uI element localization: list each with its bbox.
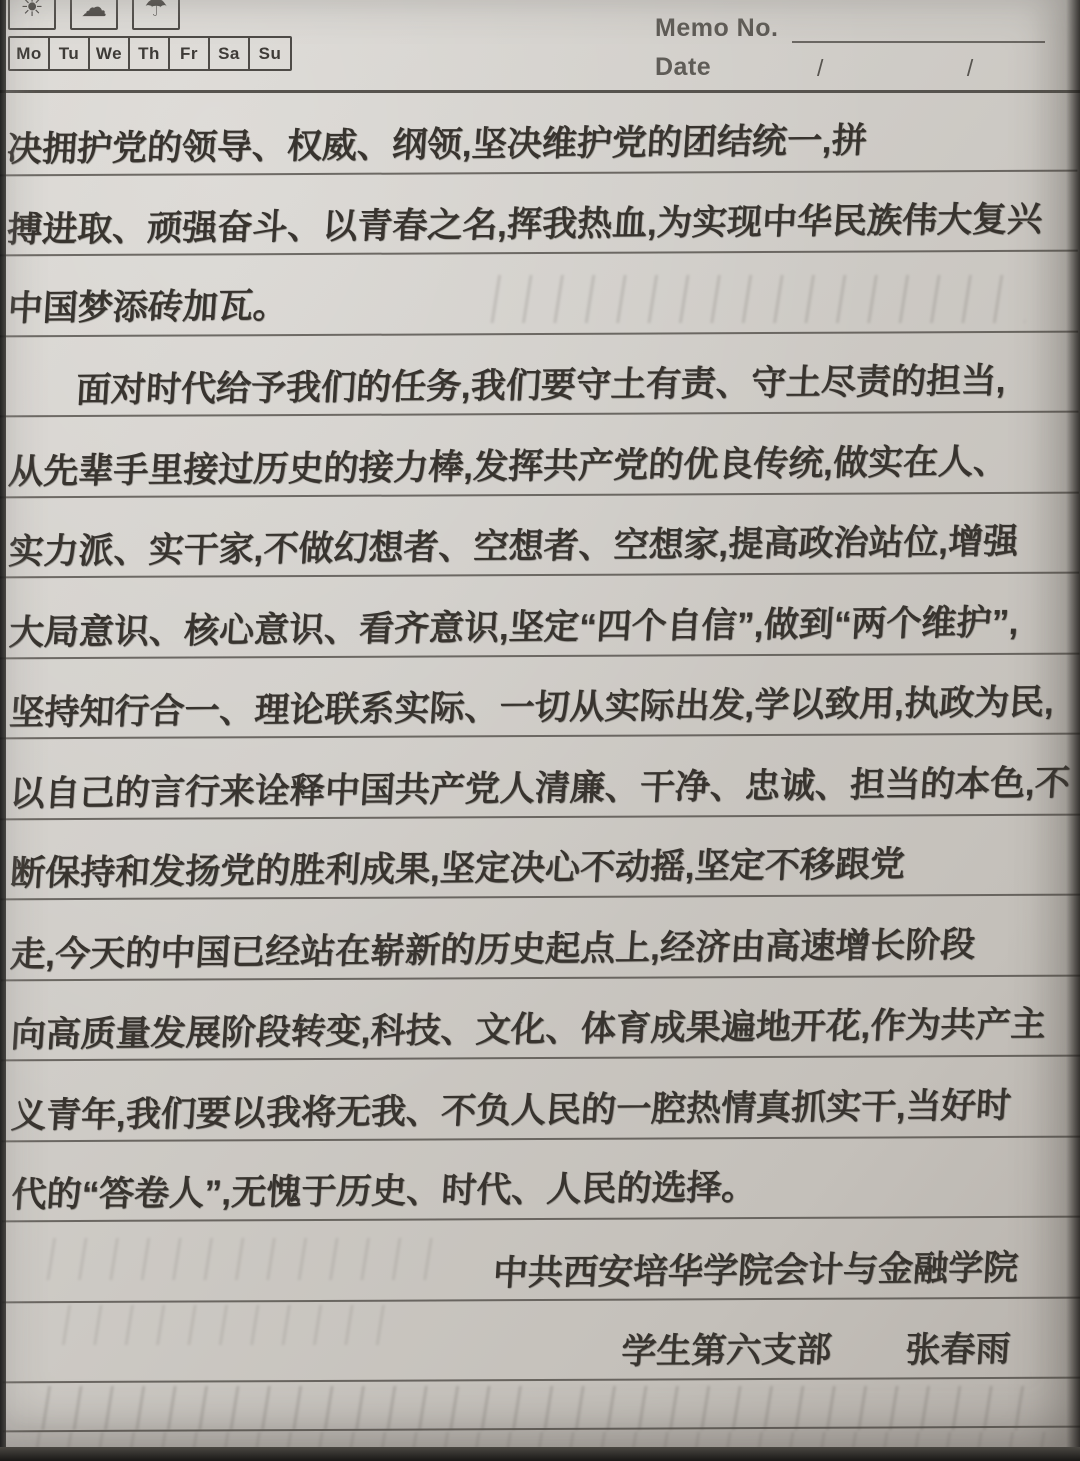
handwritten-line-1: 决拥护党的领导、权威、纲领,坚决维护党的团结统一,拼: [0, 91, 1077, 176]
memo-no-label: Memo No.: [655, 14, 778, 43]
weekday-mo: Mo: [10, 38, 50, 69]
date-label: Date: [655, 53, 711, 82]
handwriting-sheet: 决拥护党的领导、权威、纲领,坚决维护党的团结统一,拼 搏进取、顽强奋斗、以青春之…: [0, 91, 1080, 1433]
photo-edge-left: [0, 0, 6, 1461]
weekday-we: We: [90, 38, 130, 69]
empty-ruled-line: [3, 1379, 1080, 1433]
memo-header: ☀ ☁ ☂ Mo Tu We Th Fr Sa Su Memo No. Date…: [0, 0, 1080, 93]
memo-page: ☀ ☁ ☂ Mo Tu We Th Fr Sa Su Memo No. Date…: [0, 0, 1080, 1461]
memo-number-and-date: Memo No. Date / /: [655, 14, 1045, 92]
handwritten-line-13: 义青年,我们要以我将无我、不负人民的一腔热情真抓实干,当好时: [1, 1057, 1080, 1142]
handwritten-line-9: 以自己的言行来诠释中国共产党人清廉、干净、忠诚、担当的本色,不: [0, 735, 1080, 820]
date-row: Date / /: [655, 53, 1045, 82]
weekday-sa: Sa: [210, 38, 250, 69]
signature-branch-and-name: 学生第六支部 张春雨: [2, 1298, 1080, 1383]
weekday-th: Th: [130, 38, 170, 69]
handwritten-line-2: 搏进取、顽强奋斗、以青春之名,挥我热血,为实现中华民族伟大复兴: [0, 171, 1078, 256]
handwritten-line-11: 走,今天的中国已经站在崭新的历史起点上,经济由高速增长阶段: [1, 896, 1080, 981]
signature-organization: 中共西安培华学院会计与金融学院: [2, 1218, 1080, 1303]
handwritten-line-14: 代的“答卷人”,无愧于历史、时代、人民的选择。: [2, 1137, 1080, 1222]
date-blank-line: / /: [745, 56, 1045, 82]
handwritten-line-10: 断保持和发扬党的胜利成果,坚定决心不动摇,坚定不移跟党: [0, 815, 1080, 900]
weekday-su: Su: [250, 38, 290, 69]
weather-icon-row: ☀ ☁ ☂: [8, 0, 180, 30]
weekday-row: Mo Tu We Th Fr Sa Su: [8, 36, 292, 71]
handwritten-line-6: 实力派、实干家,不做幻想者、空想者、空想家,提高政治站位,增强: [0, 493, 1079, 578]
sun-icon: ☀: [8, 0, 56, 30]
memo-no-blank-line: [792, 17, 1045, 43]
handwritten-line-7: 大局意识、核心意识、看齐意识,坚定“四个自信”,做到“两个维护”,: [0, 574, 1080, 659]
signature-name: 张春雨: [904, 1322, 1012, 1373]
handwritten-line-5: 从先辈手里接过历史的接力棒,发挥共产党的优良传统,做实在人、: [0, 413, 1079, 498]
rain-icon: ☂: [132, 0, 180, 30]
handwritten-line-12: 向高质量发展阶段转变,科技、文化、体育成果遍地开花,作为共产主: [1, 976, 1080, 1061]
weekday-fr: Fr: [170, 38, 210, 69]
date-slash: /: [817, 55, 823, 82]
photo-edge-bottom: [0, 1447, 1080, 1461]
weekday-tu: Tu: [50, 38, 90, 69]
handwritten-line-3: 中国梦添砖加瓦。: [0, 252, 1078, 337]
memo-no-row: Memo No.: [655, 14, 1045, 43]
photo-edge-right: [1066, 0, 1080, 1461]
handwritten-line-4: 面对时代给予我们的任务,我们要守土有责、守土尽责的担当,: [0, 332, 1078, 417]
handwritten-line-8: 坚持知行合一、理论联系实际、一切从实际出发,学以致用,执政为民,: [0, 654, 1080, 739]
date-slash: /: [967, 55, 973, 82]
signature-branch: 学生第六支部: [620, 1322, 833, 1374]
cloud-icon: ☁: [70, 0, 118, 30]
